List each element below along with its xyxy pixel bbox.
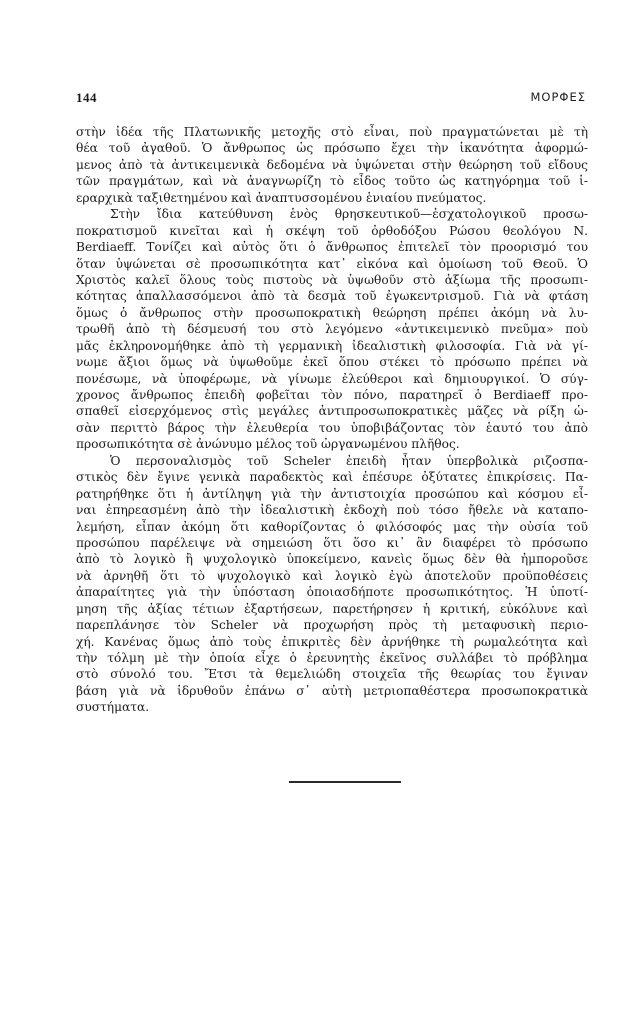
text-line: λεμήση, εἶπαν ἀκόμη ὅτι καθορίζοντας ὁ φ… xyxy=(76,519,588,535)
text-line: στικὸς δὲν ἔγινε γενικὰ παραδεκτὸς καὶ ἐ… xyxy=(76,469,588,485)
text-line: χή. Κανένας ὅμως ἀπὸ τοὺς ἐπικριτὲς δὲν … xyxy=(76,634,588,650)
text-line: τῶν πραγμάτων, καὶ νὰ ἀναγνωρίζη τὸ εἶδο… xyxy=(76,173,588,189)
text-line: μηση τῆς ἀξίας τέτιων ἐξαρτήσεων, παρετή… xyxy=(76,601,588,617)
paragraph-1: στὴν ἰδέα τῆς Πλατωνικῆς μετοχῆς στὸ εἶν… xyxy=(76,124,588,206)
text-line: Berdiaeff. Τονίζει καὶ αὐτὸς ὅτι ὁ ἄνθρω… xyxy=(76,239,588,255)
text-line: θέα τοῦ ἀγαθοῦ. Ὁ ἄνθρωπος ὡς πρόσωπο ἔχ… xyxy=(76,140,588,156)
text-line: ὅταν ὑψώνεται σὲ προσωπικότητα κατ᾽ εἰκό… xyxy=(76,256,588,272)
text-line: νωμε ἄξιοι ὅμως νὰ ὑψωθοῦμε ἐκεῖ ὅπου στ… xyxy=(76,354,588,370)
text-line: βάση γιὰ νὰ ἱδρυθοῦν ἐπάνω σ᾽ αὐτὴ μετρι… xyxy=(76,683,588,699)
page-header: 144 ΜΟΡΦΕΣ xyxy=(76,90,586,108)
running-head: ΜΟΡΦΕΣ xyxy=(531,90,587,104)
text-line: ὅμως ὁ ἄνθρωπος στὴν προσωποκρατικὴ θεώρ… xyxy=(76,305,588,321)
text-line: ποκρατισμοῦ κινεῖται καὶ ἡ σκέψη τοῦ ὀρθ… xyxy=(76,223,588,239)
text-line: ἀπὸ τὸ λογικὸ ἢ ψυχολογικὸ ὑποκείμενο, κ… xyxy=(76,551,588,567)
text-line: Χριστὸς καλεῖ ὅλους τοὺς πιστοὺς νὰ ὑψωθ… xyxy=(76,272,588,288)
text-line: προσωπικότητα σὲ ἀνώνυμο μέλος τοῦ ὠργαν… xyxy=(76,436,588,452)
text-line: ναι ἐπηρεασμένη ἀπὸ τὴν ἰδεαλιστικὴ ἐκδο… xyxy=(76,502,588,518)
text-line: προσώπου παρέλειψε νὰ σημειώση ὅτι ὅσο κ… xyxy=(76,535,588,551)
text-line: σὰν περιττὸ βάρος τὴν ἐλευθερία του ὑποβ… xyxy=(76,420,588,436)
text-line: μᾶς ἐκληρονομήθηκε ἀπὸ τὴ γερμανικὴ ἰδεα… xyxy=(76,338,588,354)
text-line: συστήματα. xyxy=(76,699,588,715)
text-line: Στὴν ἴδια κατεύθυνση ἑνὸς θρησκευτικοῦ—ἐ… xyxy=(76,206,588,222)
body-text: στὴν ἰδέα τῆς Πλατωνικῆς μετοχῆς στὸ εἶν… xyxy=(76,124,588,716)
text-line: εραρχικὰ ταξιθετημένου καὶ ἀναπτυσσομένο… xyxy=(76,190,588,206)
text-line: ἀπαραίτητες γιὰ τὴν ὑπόσταση ὁποιασδήποτ… xyxy=(76,584,588,600)
page-number: 144 xyxy=(76,90,97,106)
text-line: πονέσωμε, νὰ ὑποφέρωμε, νὰ γίνωμε ἐλεύθε… xyxy=(76,371,588,387)
paragraph-3: Ὁ περσοναλισμὸς τοῦ Scheler ἐπειδὴ ἦταν … xyxy=(76,453,588,716)
section-end-rule xyxy=(289,781,401,783)
paragraph-2: Στὴν ἴδια κατεύθυνση ἑνὸς θρησκευτικοῦ—ἐ… xyxy=(76,206,588,453)
text-line: ρατηρήθηκε ὅτι ἡ ἀντίληψη γιὰ τὴν ἀντιστ… xyxy=(76,486,588,502)
text-line: Ὁ περσοναλισμὸς τοῦ Scheler ἐπειδὴ ἦταν … xyxy=(76,453,588,469)
text-line: παρεπλάνησε τὸν Scheler νὰ προχωρήση πρὸ… xyxy=(76,617,588,633)
text-line: μενος ἀπὸ τὰ ἀντικειμενικὰ δεδομένα νὰ ὑ… xyxy=(76,157,588,173)
text-line: στὸ σύνολό του. Ἔτσι τὰ θεμελιώδη στοιχε… xyxy=(76,666,588,682)
text-line: τρωθῆ ἀπὸ τὴ δέσμευσή του στὸ λεγόμενο «… xyxy=(76,321,588,337)
text-line: χρονος ἄνθρωπος ἐπειδὴ φοβεῖται τὸν πόνο… xyxy=(76,387,588,403)
text-line: τὴν τόλμη μὲ τὴν ὁποία εἶχε ὁ ἐρευνητὴς … xyxy=(76,650,588,666)
text-line: σπαθεῖ εἰσερχόμενος στὶς μεγάλες ἀντιπρο… xyxy=(76,403,588,419)
text-line: νὰ ἀρνηθῆ ὅτι τὸ ψυχολογικὸ καὶ λογικὸ ἐ… xyxy=(76,568,588,584)
text-line: κότητας ἀπαλλασσόμενοι ἀπὸ τὰ δεσμὰ τοῦ … xyxy=(76,288,588,304)
text-line: στὴν ἰδέα τῆς Πλατωνικῆς μετοχῆς στὸ εἶν… xyxy=(76,124,588,140)
